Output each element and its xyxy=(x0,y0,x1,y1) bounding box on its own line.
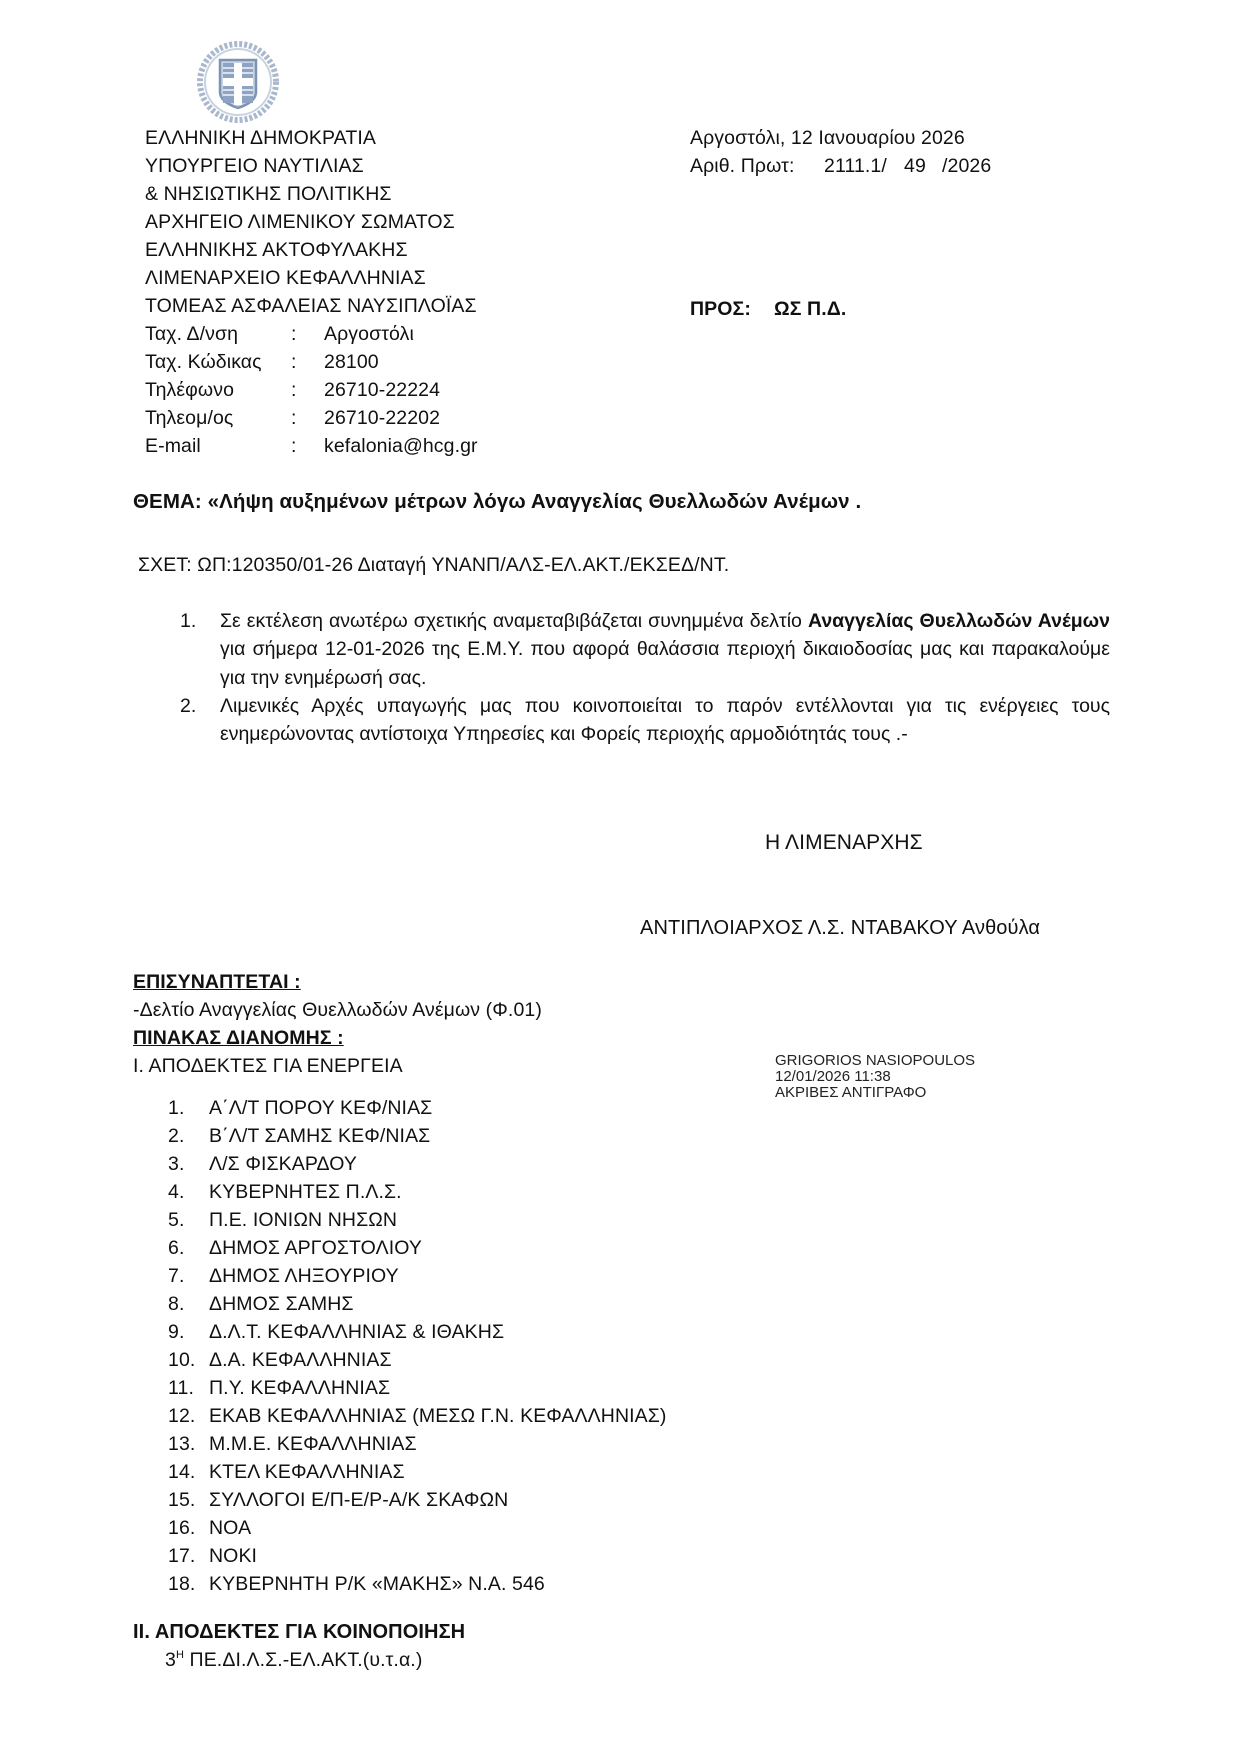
paragraph-number: 1. xyxy=(180,607,220,692)
org-line: ΑΡΧΗΓΕΙΟ ΛΙΜΕΝΙΚΟΥ ΣΩΜΑΤΟΣ xyxy=(145,208,478,236)
list-item-number: 16. xyxy=(168,1514,209,1542)
list-item-name: ΔΗΜΟΣ ΛΗΞΟΥΡΙΟΥ xyxy=(209,1262,399,1290)
org-line: ΕΛΛΗΝΙΚΗ ΔΗΜΟΚΡΑΤΙΑ xyxy=(145,124,478,152)
list-item-number: 17. xyxy=(168,1542,209,1570)
contact-separator: : xyxy=(291,376,324,404)
list-item-number: 6. xyxy=(168,1234,209,1262)
to-value: ΩΣ Π.Δ. xyxy=(774,295,846,323)
paragraph-bold-text: Αναγγελίας Θυελλωδών Ανέμων xyxy=(808,610,1110,632)
list-item-name: Α΄Λ/Τ ΠΟΡΟΥ ΚΕΦ/ΝΙΑΣ xyxy=(209,1094,432,1122)
contact-fax: Τηλεομ/ος : 26710-22202 xyxy=(145,404,478,432)
contact-label: Τηλεομ/ος xyxy=(145,404,291,432)
list-item-name: ΝΟΑ xyxy=(209,1514,251,1542)
list-item-number: 2. xyxy=(168,1122,209,1150)
org-line: ΤΟΜΕΑΣ ΑΣΦΑΛΕΙΑΣ ΝΑΥΣΙΠΛΟΪΑΣ xyxy=(145,292,478,320)
list-item: 8.ΔΗΜΟΣ ΣΑΜΗΣ xyxy=(168,1290,667,1318)
paragraph-body: Λιμενικές Αρχές υπαγωγής μας που κοινοπο… xyxy=(220,692,1110,749)
contact-phone: Τηλέφωνο : 26710-22224 xyxy=(145,376,478,404)
contact-label: Τηλέφωνο xyxy=(145,376,291,404)
cc-recipient: 3Η ΠΕ.ΔΙ.Λ.Σ.-ΕΛ.ΑΚΤ.(υ.τ.α.) xyxy=(165,1646,422,1674)
list-item-name: Λ/Σ ΦΙΣΚΑΡΔΟΥ xyxy=(209,1150,357,1178)
list-item: 7.ΔΗΜΟΣ ΛΗΞΟΥΡΙΟΥ xyxy=(168,1262,667,1290)
contact-value: Αργοστόλι xyxy=(324,320,414,348)
org-line: ΕΛΛΗΝΙΚΗΣ ΑΚΤΟΦΥΛΑΚΗΣ xyxy=(145,236,478,264)
list-item-name: Δ.Α. ΚΕΦΑΛΛΗΝΙΑΣ xyxy=(209,1346,392,1374)
contact-label: Ταχ. Δ/νση xyxy=(145,320,291,348)
list-item: 11.Π.Υ. ΚΕΦΑΛΛΗΝΙΑΣ xyxy=(168,1374,667,1402)
list-item-name: Π.Υ. ΚΕΦΑΛΛΗΝΙΑΣ xyxy=(209,1374,390,1402)
list-item-name: Π.Ε. ΙΟΝΙΩΝ ΝΗΣΩΝ xyxy=(209,1206,397,1234)
list-item: 17.ΝΟΚΙ xyxy=(168,1542,667,1570)
list-item-name: ΕΚΑΒ ΚΕΦΑΛΛΗΝΙΑΣ (ΜΕΣΩ Γ.Ν. ΚΕΦΑΛΛΗΝΙΑΣ) xyxy=(209,1402,667,1430)
paragraph-1: 1. Σε εκτέλεση ανωτέρω σχετικής αναμεταβ… xyxy=(180,607,1110,692)
greek-coat-of-arms-icon xyxy=(196,40,280,124)
list-item-number: 9. xyxy=(168,1318,209,1346)
list-item: 1.Α΄Λ/Τ ΠΟΡΟΥ ΚΕΦ/ΝΙΑΣ xyxy=(168,1094,667,1122)
list-item: 9.Δ.Λ.Τ. ΚΕΦΑΛΛΗΝΙΑΣ & ΙΘΑΚΗΣ xyxy=(168,1318,667,1346)
list-item-number: 13. xyxy=(168,1430,209,1458)
stamp-datetime: 12/01/2026 11:38 xyxy=(775,1069,975,1085)
list-item-number: 12. xyxy=(168,1402,209,1430)
action-recipients-list: 1.Α΄Λ/Τ ΠΟΡΟΥ ΚΕΦ/ΝΙΑΣ2.Β΄Λ/Τ ΣΑΜΗΣ ΚΕΦ/… xyxy=(168,1094,667,1598)
list-item-name: ΚΤΕΛ ΚΕΦΑΛΛΗΝΙΑΣ xyxy=(209,1458,405,1486)
list-item-number: 4. xyxy=(168,1178,209,1206)
protocol-label: Αριθ. Πρωτ: xyxy=(690,152,824,180)
distribution-heading: ΠΙΝΑΚΑΣ ΔΙΑΝΟΜΗΣ : xyxy=(133,1024,542,1052)
list-item-name: ΝΟΚΙ xyxy=(209,1542,257,1570)
protocol-year: /2026 xyxy=(942,152,991,180)
contact-value: 28100 xyxy=(324,348,379,376)
contact-separator: : xyxy=(291,320,324,348)
org-line: ΥΠΟΥΡΓΕΙΟ ΝΑΥΤΙΛΙΑΣ xyxy=(145,152,478,180)
to-label: ΠΡΟΣ: xyxy=(690,295,774,323)
document-page: ΕΛΛΗΝΙΚΗ ΔΗΜΟΚΡΑΤΙΑ ΥΠΟΥΡΓΕΙΟ ΝΑΥΤΙΛΙΑΣ … xyxy=(0,0,1241,1755)
list-item: 14.ΚΤΕΛ ΚΕΦΑΛΛΗΝΙΑΣ xyxy=(168,1458,667,1486)
list-item-name: Β΄Λ/Τ ΣΑΜΗΣ ΚΕΦ/ΝΙΑΣ xyxy=(209,1122,430,1150)
protocol-seq: 49 xyxy=(904,152,942,180)
list-item-number: 14. xyxy=(168,1458,209,1486)
org-line: & ΝΗΣΙΩΤΙΚΗΣ ΠΟΛΙΤΙΚΗΣ xyxy=(145,180,478,208)
list-item: 13.Μ.Μ.Ε. ΚΕΦΑΛΛΗΝΙΑΣ xyxy=(168,1430,667,1458)
signatory-name: ΑΝΤΙΠΛΟΙΑΡΧΟΣ Λ.Σ. ΝΤΑΒΑΚΟΥ Ανθούλα xyxy=(640,914,1040,942)
paragraph-text: Σε εκτέλεση ανωτέρω σχετικής αναμεταβιβά… xyxy=(220,610,808,632)
stamp-label: ΑΚΡΙΒΕΣ ΑΝΤΙΓΡΑΦΟ xyxy=(775,1085,975,1101)
list-item: 18.ΚΥΒΕΡΝΗΤΗ Ρ/Κ «ΜΑΚΗΣ» Ν.Α. 546 xyxy=(168,1570,667,1598)
list-item-name: ΔΗΜΟΣ ΣΑΜΗΣ xyxy=(209,1290,354,1318)
attachments-block: ΕΠΙΣΥΝΑΠΤΕΤΑΙ : -Δελτίο Αναγγελίας Θυελλ… xyxy=(133,968,542,1080)
action-recipients-heading: Ι. ΑΠΟΔΕΚΤΕΣ ΓΙΑ ΕΝΕΡΓΕΙΑ xyxy=(133,1052,542,1080)
list-item-name: ΚΥΒΕΡΝΗΤΗ Ρ/Κ «ΜΑΚΗΣ» Ν.Α. 546 xyxy=(209,1570,545,1598)
list-item-number: 15. xyxy=(168,1486,209,1514)
contact-value[interactable]: kefalonia@hcg.gr xyxy=(324,432,478,460)
cc-text: ΠΕ.ΔΙ.Λ.Σ.-ΕΛ.ΑΚΤ.(υ.τ.α.) xyxy=(184,1649,422,1671)
list-item: 3.Λ/Σ ΦΙΣΚΑΡΔΟΥ xyxy=(168,1150,667,1178)
certified-copy-stamp: GRIGORIOS NASIOPOULOS 12/01/2026 11:38 Α… xyxy=(775,1053,975,1101)
list-item-number: 3. xyxy=(168,1150,209,1178)
subject-line: ΘΕΜΑ: «Λήψη αυξημένων μέτρων λόγω Αναγγε… xyxy=(133,488,861,516)
protocol-number: Αριθ. Πρωτ: 2111.1/ 49 /2026 xyxy=(690,152,991,180)
list-item: 6.ΔΗΜΟΣ ΑΡΓΟΣΤΟΛΙΟΥ xyxy=(168,1234,667,1262)
paragraph-number: 2. xyxy=(180,692,220,749)
contact-email: E-mail : kefalonia@hcg.gr xyxy=(145,432,478,460)
list-item: 16.ΝΟΑ xyxy=(168,1514,667,1542)
body-paragraphs: 1. Σε εκτέλεση ανωτέρω σχετικής αναμεταβ… xyxy=(180,607,1110,748)
cc-recipients-heading: ΙΙ. ΑΠΟΔΕΚΤΕΣ ΓΙΑ ΚΟΙΝΟΠΟΙΗΣΗ xyxy=(133,1618,465,1646)
list-item: 12.ΕΚΑΒ ΚΕΦΑΛΛΗΝΙΑΣ (ΜΕΣΩ Γ.Ν. ΚΕΦΑΛΛΗΝΙ… xyxy=(168,1402,667,1430)
signatory-title: Η ΛΙΜΕΝΑΡΧΗΣ xyxy=(765,829,923,857)
list-item-name: ΚΥΒΕΡΝΗΤΕΣ Π.Λ.Σ. xyxy=(209,1178,402,1206)
cc-num: 3 xyxy=(165,1649,176,1671)
list-item-name: ΔΗΜΟΣ ΑΡΓΟΣΤΟΛΙΟΥ xyxy=(209,1234,422,1262)
list-item: 10.Δ.Α. ΚΕΦΑΛΛΗΝΙΑΣ xyxy=(168,1346,667,1374)
list-item-name: Μ.Μ.Ε. ΚΕΦΑΛΛΗΝΙΑΣ xyxy=(209,1430,417,1458)
reference-line: ΣΧΕΤ: ΩΠ:120350/01-26 Διαταγή ΥΝΑΝΠ/ΑΛΣ-… xyxy=(138,551,729,579)
list-item-name: Δ.Λ.Τ. ΚΕΦΑΛΛΗΝΙΑΣ & ΙΘΑΚΗΣ xyxy=(209,1318,504,1346)
list-item-number: 7. xyxy=(168,1262,209,1290)
cc-sup: Η xyxy=(176,1649,184,1661)
contact-value: 26710-22202 xyxy=(324,404,440,432)
protocol-prefix: 2111.1/ xyxy=(824,152,904,180)
paragraph-2: 2. Λιμενικές Αρχές υπαγωγής μας που κοιν… xyxy=(180,692,1110,749)
list-item-name: ΣΥΛΛΟΓΟΙ Ε/Π-Ε/Ρ-Α/Κ ΣΚΑΦΩΝ xyxy=(209,1486,508,1514)
list-item-number: 1. xyxy=(168,1094,209,1122)
attachment-item: -Δελτίο Αναγγελίας Θυελλωδών Ανέμων (Φ.0… xyxy=(133,996,542,1024)
contact-postcode: Ταχ. Κώδικας : 28100 xyxy=(145,348,478,376)
contact-separator: : xyxy=(291,432,324,460)
place-date: Αργοστόλι, 12 Ιανουαρίου 2026 xyxy=(690,124,991,152)
contact-value: 26710-22224 xyxy=(324,376,440,404)
org-line: ΛΙΜΕΝΑΡΧΕΙΟ ΚΕΦΑΛΛΗΝΙΑΣ xyxy=(145,264,478,292)
list-item: 4.ΚΥΒΕΡΝΗΤΕΣ Π.Λ.Σ. xyxy=(168,1178,667,1206)
paragraph-text: για σήμερα 12-01-2026 της Ε.Μ.Υ. που αφο… xyxy=(220,638,1110,688)
recipient-line: ΠΡΟΣ: ΩΣ Π.Δ. xyxy=(690,295,846,323)
list-item: 15.ΣΥΛΛΟΓΟΙ Ε/Π-Ε/Ρ-Α/Κ ΣΚΑΦΩΝ xyxy=(168,1486,667,1514)
list-item-number: 11. xyxy=(168,1374,209,1402)
contact-address: Ταχ. Δ/νση : Αργοστόλι xyxy=(145,320,478,348)
contact-separator: : xyxy=(291,404,324,432)
attachments-heading: ΕΠΙΣΥΝΑΠΤΕΤΑΙ : xyxy=(133,968,542,996)
list-item: 5.Π.Ε. ΙΟΝΙΩΝ ΝΗΣΩΝ xyxy=(168,1206,667,1234)
paragraph-body: Σε εκτέλεση ανωτέρω σχετικής αναμεταβιβά… xyxy=(220,607,1110,692)
sender-block: ΕΛΛΗΝΙΚΗ ΔΗΜΟΚΡΑΤΙΑ ΥΠΟΥΡΓΕΙΟ ΝΑΥΤΙΛΙΑΣ … xyxy=(145,124,478,460)
contact-label: E-mail xyxy=(145,432,291,460)
list-item-number: 18. xyxy=(168,1570,209,1598)
list-item-number: 8. xyxy=(168,1290,209,1318)
list-item-number: 5. xyxy=(168,1206,209,1234)
stamp-name: GRIGORIOS NASIOPOULOS xyxy=(775,1053,975,1069)
contact-label: Ταχ. Κώδικας xyxy=(145,348,291,376)
date-protocol-block: Αργοστόλι, 12 Ιανουαρίου 2026 Αριθ. Πρωτ… xyxy=(690,124,991,180)
contact-separator: : xyxy=(291,348,324,376)
list-item-number: 10. xyxy=(168,1346,209,1374)
list-item: 2.Β΄Λ/Τ ΣΑΜΗΣ ΚΕΦ/ΝΙΑΣ xyxy=(168,1122,667,1150)
